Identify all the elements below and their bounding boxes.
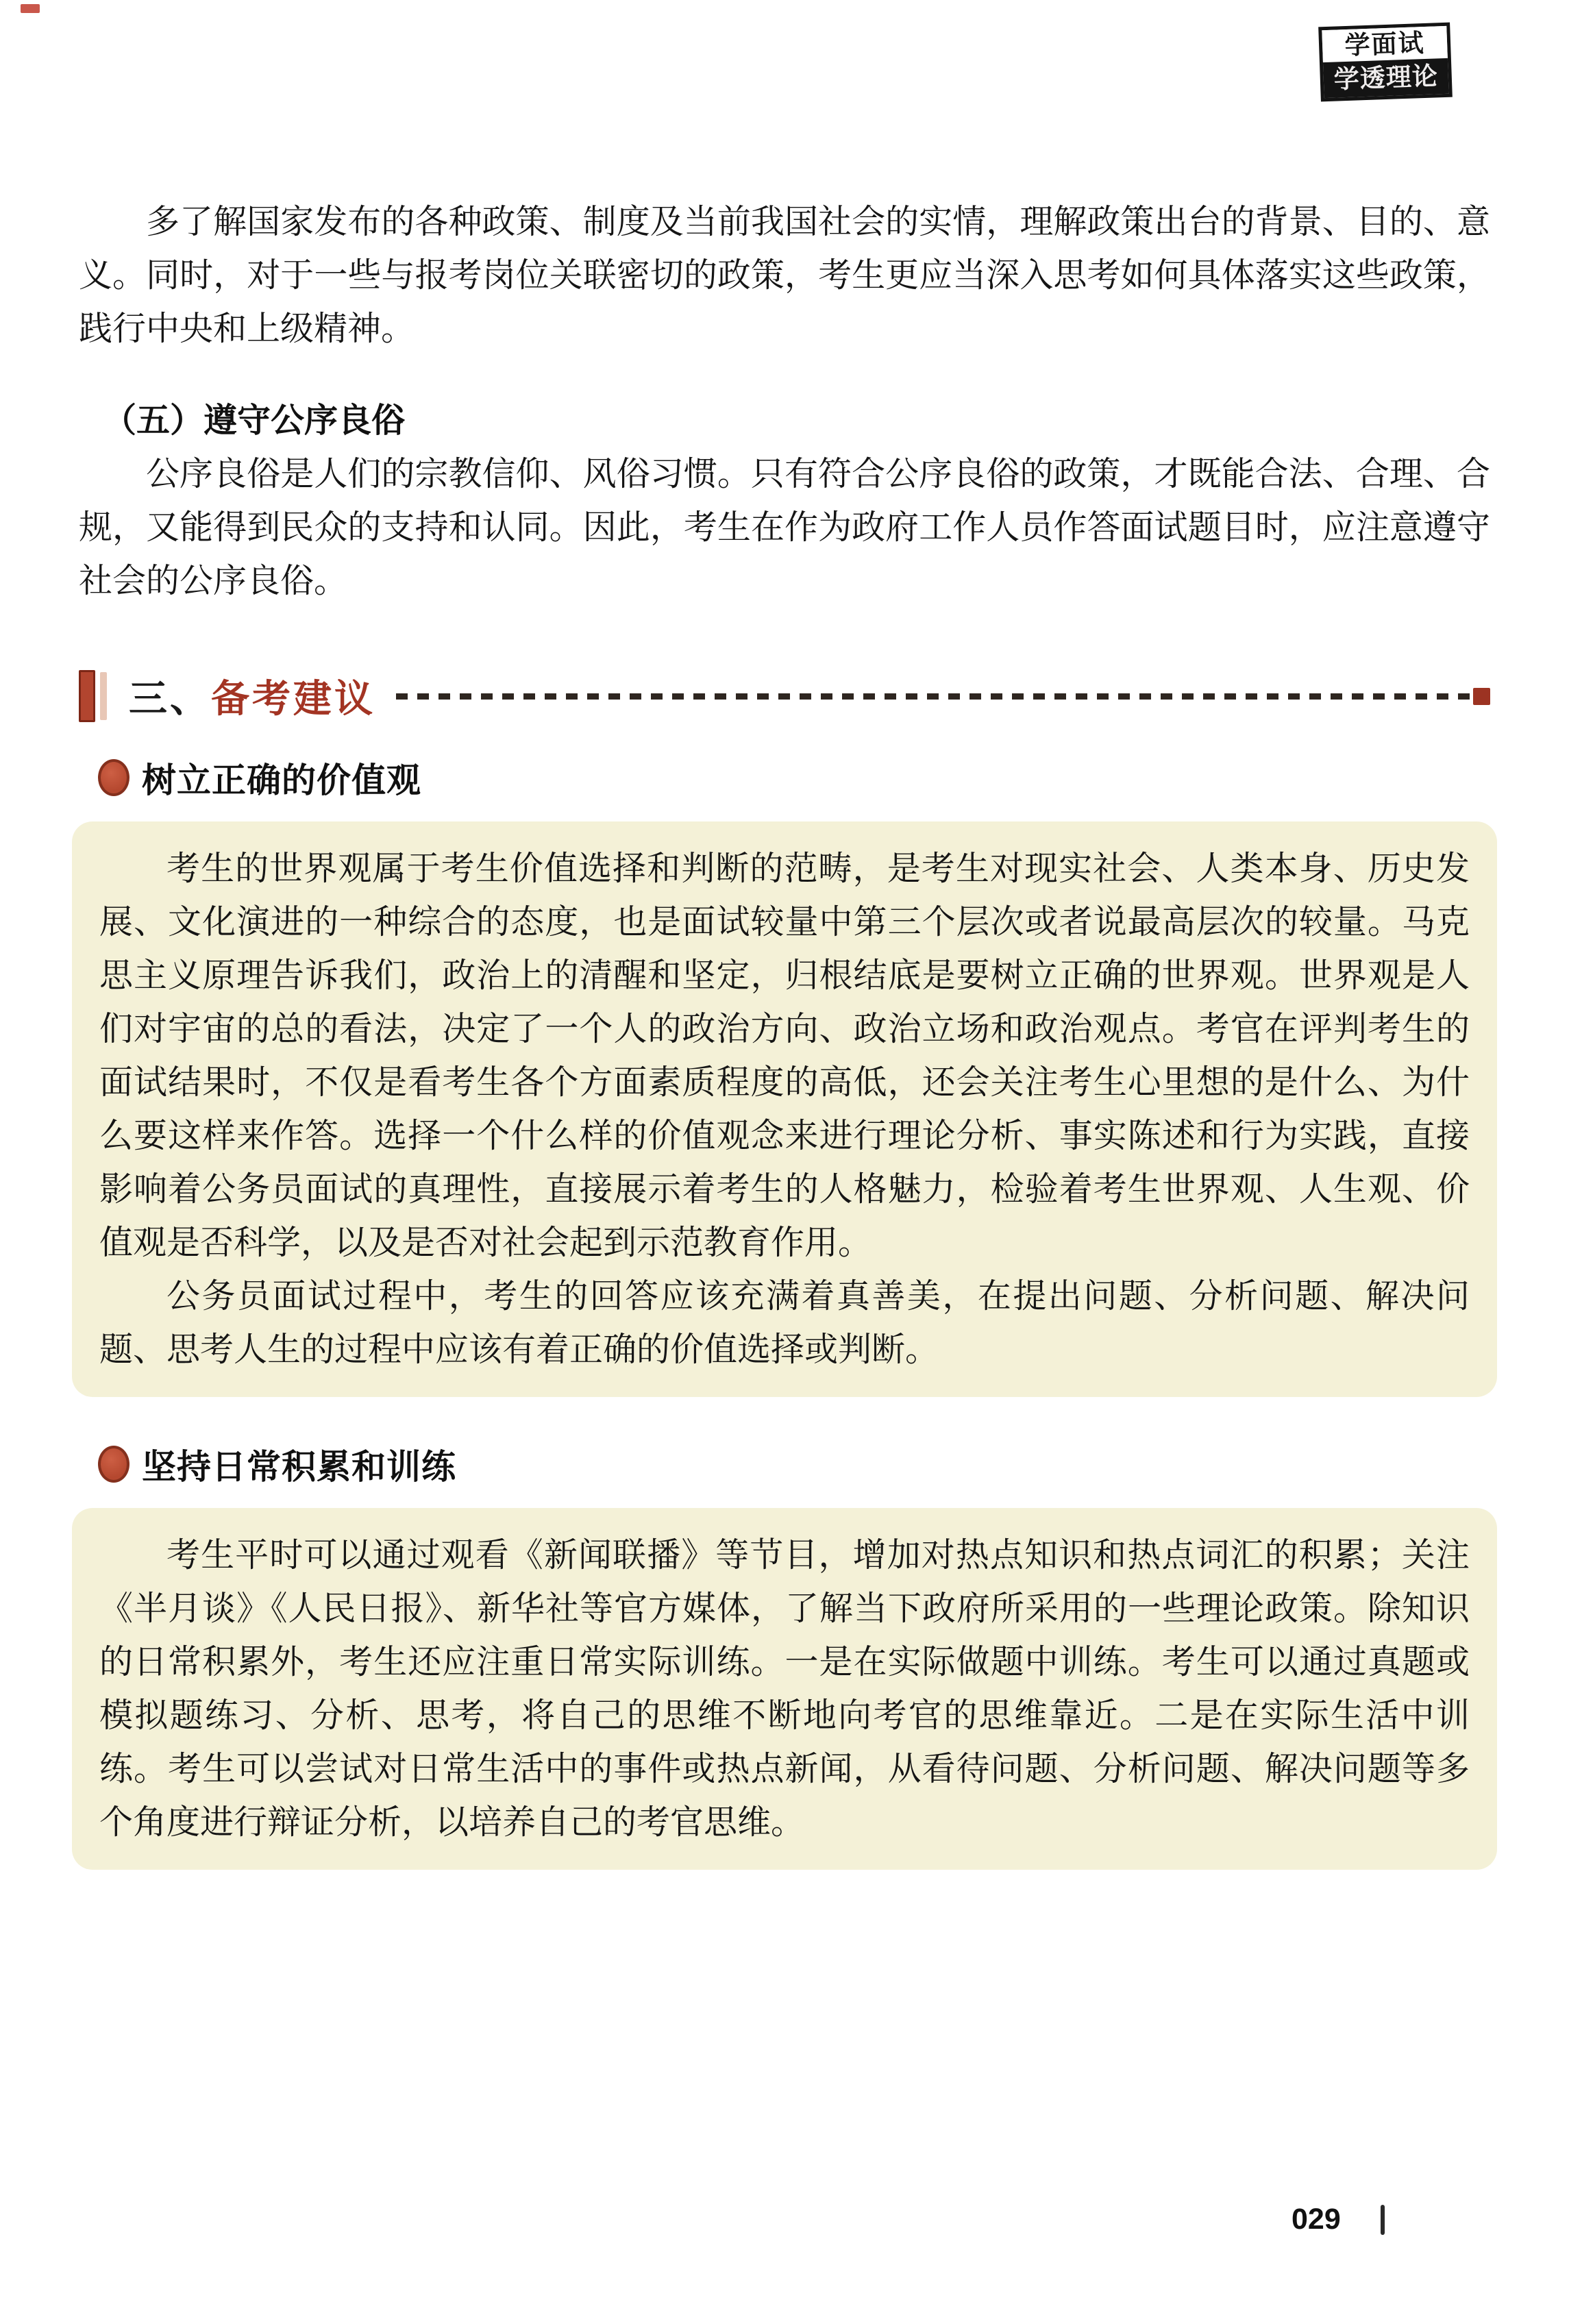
advice-item-1-paragraph-2: 公务员面试过程中，考生的回答应该充满着真善美，在提出问题、分析问题、解决问题、思… bbox=[99, 1270, 1470, 1376]
bullet-circle-icon bbox=[98, 1446, 129, 1483]
section5-heading: （五）遵守公序良俗 bbox=[79, 394, 1490, 447]
advice-item-2-highlight-box: 考生平时可以通过观看《新闻联播》等节目，增加对热点知识和热点词汇的积累；关注《半… bbox=[72, 1508, 1497, 1870]
brand-badge-line1: 学面试 bbox=[1322, 26, 1448, 62]
section5-paragraph: 公序良俗是人们的宗教信仰、风俗习惯。只有符合公序良俗的政策，才既能合法、合理、合… bbox=[79, 447, 1490, 608]
advice-item-1-paragraph-1: 考生的世界观属于考生价值选择和判断的范畴，是考生对现实社会、人类本身、历史发展、… bbox=[99, 842, 1470, 1270]
advice-item-1-heading-row: 树立正确的价值观 bbox=[79, 753, 1490, 802]
section-marker-icon bbox=[79, 669, 107, 723]
brand-badge-line2: 学透理论 bbox=[1323, 58, 1449, 98]
section-marker-bar-light bbox=[100, 672, 107, 720]
advice-item-1-highlight-box: 考生的世界观属于考生价值选择和判断的范畴，是考生对现实社会、人类本身、历史发展、… bbox=[72, 821, 1497, 1397]
page-number: 029 bbox=[1292, 2203, 1341, 2236]
brand-badge: 学面试 学透理论 bbox=[1318, 23, 1453, 102]
corner-scan-mark bbox=[21, 4, 40, 13]
dashed-rule bbox=[396, 693, 1472, 700]
section-marker-bar-dark bbox=[79, 670, 95, 722]
section3-number: 三、 bbox=[129, 669, 211, 724]
intro-paragraph: 多了解国家发布的各种政策、制度及当前我国社会的实情，理解政策出台的背景、目的、意… bbox=[79, 195, 1490, 356]
dashed-rule-end-square bbox=[1473, 688, 1490, 705]
bullet-circle-icon bbox=[98, 759, 129, 796]
footer-divider bbox=[1381, 2205, 1385, 2235]
page-footer: 029 bbox=[1292, 2203, 1385, 2236]
section3-title-row: 三、 备考建议 bbox=[79, 668, 1490, 724]
advice-item-1-heading: 树立正确的价值观 bbox=[142, 753, 421, 802]
section3-title: 备考建议 bbox=[211, 669, 375, 724]
advice-item-2-heading: 坚持日常积累和训练 bbox=[142, 1439, 456, 1489]
advice-item-2-heading-row: 坚持日常积累和训练 bbox=[79, 1439, 1490, 1489]
book-page: 学面试 学透理论 多了解国家发布的各种政策、制度及当前我国社会的实情，理解政策出… bbox=[0, 0, 1569, 2324]
advice-item-2-paragraph-1: 考生平时可以通过观看《新闻联播》等节目，增加对热点知识和热点词汇的积累；关注《半… bbox=[99, 1529, 1470, 1849]
page-content: 多了解国家发布的各种政策、制度及当前我国社会的实情，理解政策出台的背景、目的、意… bbox=[0, 0, 1569, 1870]
